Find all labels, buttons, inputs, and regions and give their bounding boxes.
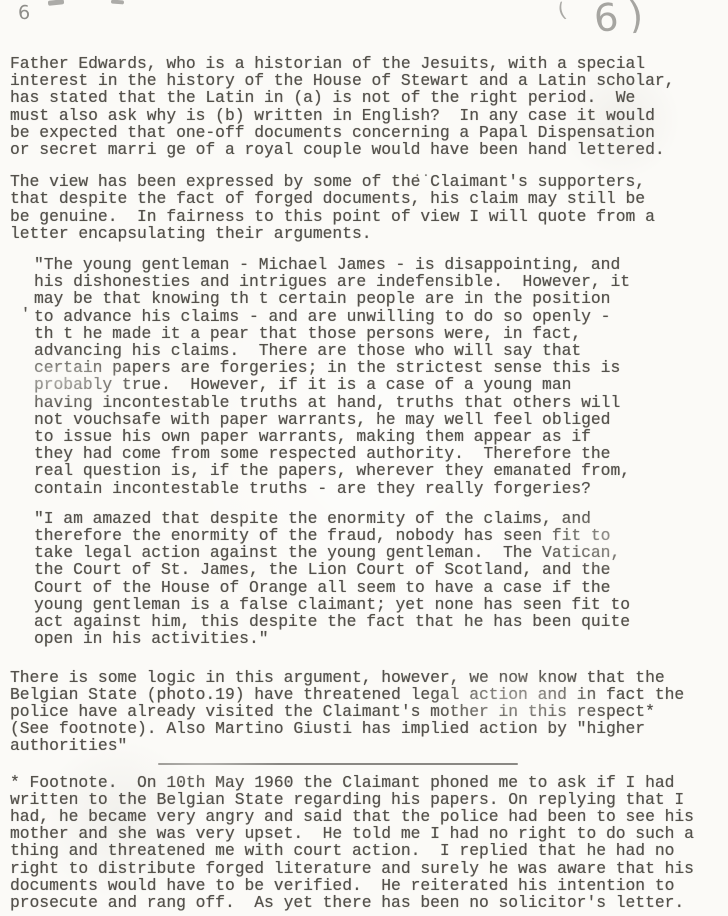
- footnote-separator-rule: [158, 763, 518, 765]
- handwritten-page-annotation: 6): [592, 0, 655, 41]
- scan-edge-artifact: [48, 0, 64, 6]
- page-number: 6: [17, 2, 30, 25]
- paragraph-view-expressed: The view has been expressed by some of t…: [10, 173, 722, 242]
- document-body: Father Edwards, who is a historian of th…: [10, 55, 722, 911]
- quoted-letter-paragraph-2: "I am amazed that despite the enormity o…: [34, 510, 722, 648]
- scanned-typewritten-page: 6 6) ( .. ' Father Edwards, who is a his…: [0, 0, 728, 916]
- handwritten-stray-mark: (: [555, 0, 568, 23]
- scan-edge-artifact: [111, 0, 124, 4]
- footnote-text: * Footnote. On 10th May 1960 the Claiman…: [10, 774, 722, 912]
- quoted-letter-paragraph-1: "The young gentleman - Michael James - i…: [34, 256, 722, 497]
- paragraph-some-logic: There is some logic in this argument, ho…: [10, 669, 722, 755]
- paragraph-father-edwards: Father Edwards, who is a historian of th…: [10, 55, 722, 158]
